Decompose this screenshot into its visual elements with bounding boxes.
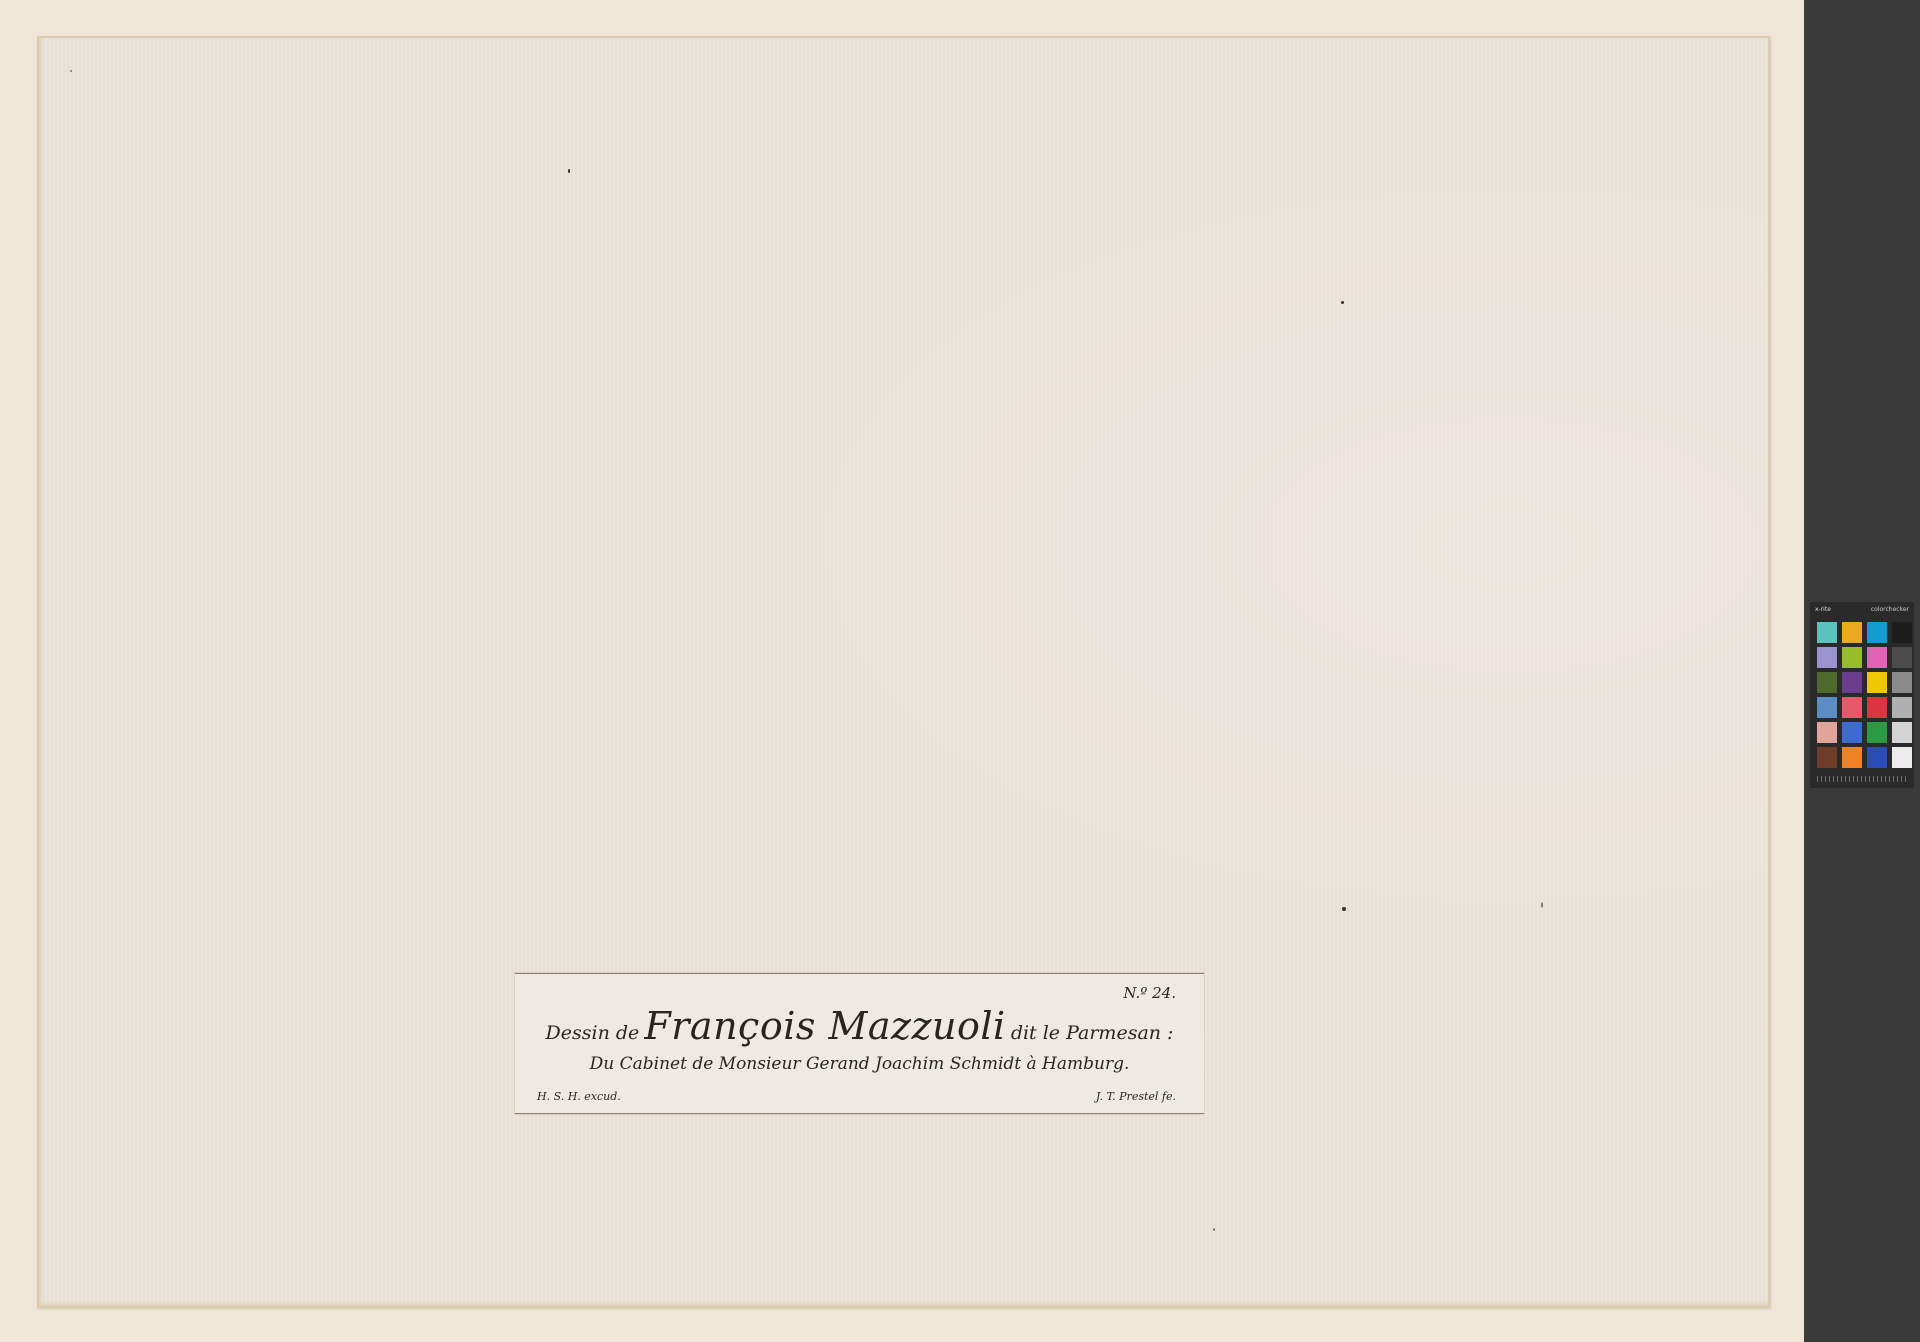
checker-ruler	[1817, 776, 1907, 782]
color-patch	[1842, 647, 1862, 668]
color-patch	[1817, 697, 1837, 718]
color-patch-grid	[1817, 622, 1912, 768]
color-patch	[1817, 622, 1837, 643]
color-checker-card: x-rite colorchecker	[1810, 602, 1914, 788]
artist-name: François Mazzuoli	[644, 1004, 1005, 1048]
engraved-caption-label: N.º 24. Dessin de François Mazzuoli dit …	[515, 973, 1204, 1114]
paper-sheet	[37, 36, 1770, 1308]
color-patch	[1892, 697, 1912, 718]
paper-speck	[1341, 301, 1344, 304]
color-patch	[1867, 622, 1887, 643]
color-patch	[1867, 722, 1887, 743]
color-patch	[1892, 722, 1912, 743]
paper-speck	[1342, 907, 1346, 911]
color-patch	[1842, 672, 1862, 693]
color-patch	[1892, 622, 1912, 643]
caption-suffix: dit le Parmesan :	[1011, 1022, 1174, 1044]
color-patch	[1867, 647, 1887, 668]
color-patch	[1892, 672, 1912, 693]
color-patch	[1842, 747, 1862, 768]
color-patch	[1817, 747, 1837, 768]
color-patch	[1867, 697, 1887, 718]
color-patch	[1842, 722, 1862, 743]
color-patch	[1817, 672, 1837, 693]
checker-brand: x-rite	[1815, 606, 1831, 613]
paper-speck	[1541, 902, 1543, 908]
paper-speck	[1213, 1228, 1215, 1231]
color-patch	[1867, 747, 1887, 768]
color-patch	[1867, 672, 1887, 693]
plate-number: N.º 24.	[1123, 984, 1176, 1002]
color-patch	[1892, 647, 1912, 668]
color-patch	[1842, 622, 1862, 643]
caption-title-line: Dessin de François Mazzuoli dit le Parme…	[515, 1004, 1204, 1048]
caption-prefix: Dessin de	[546, 1022, 640, 1044]
paper-speck	[568, 169, 570, 173]
color-patch	[1842, 697, 1862, 718]
color-patch	[1892, 747, 1912, 768]
engraver-credit: J. T. Prestel fe.	[1096, 1090, 1176, 1103]
publisher-credit: H. S. H. excud.	[537, 1090, 621, 1103]
color-patch	[1817, 722, 1837, 743]
color-patch	[1817, 647, 1837, 668]
checker-model: colorchecker	[1871, 606, 1909, 613]
paper-speck	[70, 70, 72, 72]
collection-line: Du Cabinet de Monsieur Gerand Joachim Sc…	[515, 1054, 1204, 1074]
